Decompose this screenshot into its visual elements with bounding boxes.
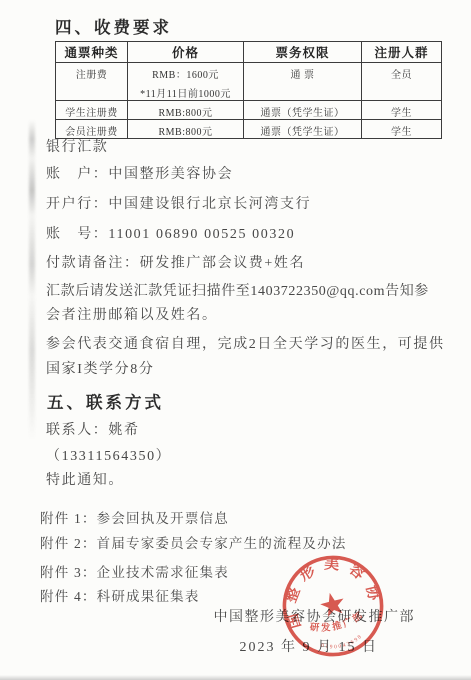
attendance-note-line2: 国家I类学分8分 (46, 358, 154, 378)
account-number: 账 号：11001 06890 00525 00320 (46, 223, 295, 243)
account-name: 账 户：中国整形美容协会 (46, 163, 233, 183)
bank-branch: 开户行：中国建设银行北京长河湾支行 (46, 193, 311, 213)
contact-person: 联系人：姚希 (46, 419, 140, 439)
cell-category: 注册费 (56, 63, 128, 101)
price-line2: *11月11日前1000元 (130, 85, 241, 100)
scanned-notice-page: 四、收费要求 通票种类 价格 票务权限 注册人群 注册费 RMB：1600元 *… (0, 0, 471, 680)
section-heading-contact: 五、联系方式 (47, 389, 164, 413)
col-header-ticket-type: 通票种类 (56, 42, 128, 63)
table-row: 学生注册费 RMB:800元 通票（凭学生证） 学生 (56, 101, 442, 120)
payment-method: 银行汇款 (46, 136, 108, 156)
col-header-access: 票务权限 (244, 42, 362, 63)
table-row: 注册费 RMB：1600元 *11月11日前1000元 通 票 全员 (56, 63, 442, 101)
attachment-item-3: 附件 3：企业技术需求征集表 (40, 561, 229, 581)
cell-access: 通票（凭学生证） (244, 101, 362, 120)
remit-instruction-line1: 汇款后请发送汇款凭证扫描件至1403722350@qq.com告知参 (46, 280, 429, 300)
attachment-item-1: 附件 1：参会回执及开票信息 (40, 507, 229, 527)
cell-price: RMB：1600元 *11月11日前1000元 (128, 63, 244, 101)
cell-price: RMB:800元 (128, 120, 244, 139)
fee-table: 通票种类 价格 票务权限 注册人群 注册费 RMB：1600元 *11月11日前… (55, 41, 442, 139)
scan-artifact-left (29, 120, 35, 440)
fee-table-header-row: 通票种类 价格 票务权限 注册人群 (56, 42, 442, 63)
cell-group: 学生 (362, 120, 442, 139)
signature-date: 2023 年 9 月 15 日 (0, 636, 378, 656)
price-line1: RMB：1600元 (152, 70, 219, 81)
table-row: 会员注册费 RMB:800元 通票（凭学生证） 学生 (56, 120, 442, 139)
payment-note: 付款请备注：研发推广部会议费+姓名 (46, 252, 305, 272)
col-header-group: 注册人群 (362, 42, 442, 63)
cell-access: 通票（凭学生证） (244, 120, 362, 139)
col-header-price: 价格 (128, 42, 244, 63)
contact-phone: （13311564350） (46, 445, 171, 465)
signature-department: 中国整形美容协会研发推广部 (0, 606, 415, 626)
attachment-item-4: 附件 4：科研成果征集表 (40, 585, 200, 605)
cell-group: 全员 (362, 63, 442, 101)
attachment-item-2: 附件 2：首届专家委员会专家产生的流程及办法 (40, 532, 347, 552)
notice-statement: 特此通知。 (46, 469, 124, 489)
cell-category: 学生注册费 (56, 101, 128, 120)
cell-group: 学生 (362, 101, 442, 120)
remit-instruction-line2: 会者注册邮箱以及姓名。 (46, 304, 218, 324)
cell-price: RMB:800元 (128, 101, 244, 120)
section-heading-fees: 四、收费要求 (55, 14, 172, 38)
attendance-note-line1: 参会代表交通食宿自理，完成2日全天学习的医生，可提供 (46, 333, 445, 353)
scan-artifact-bottom (0, 675, 471, 680)
cell-access: 通 票 (244, 63, 362, 101)
